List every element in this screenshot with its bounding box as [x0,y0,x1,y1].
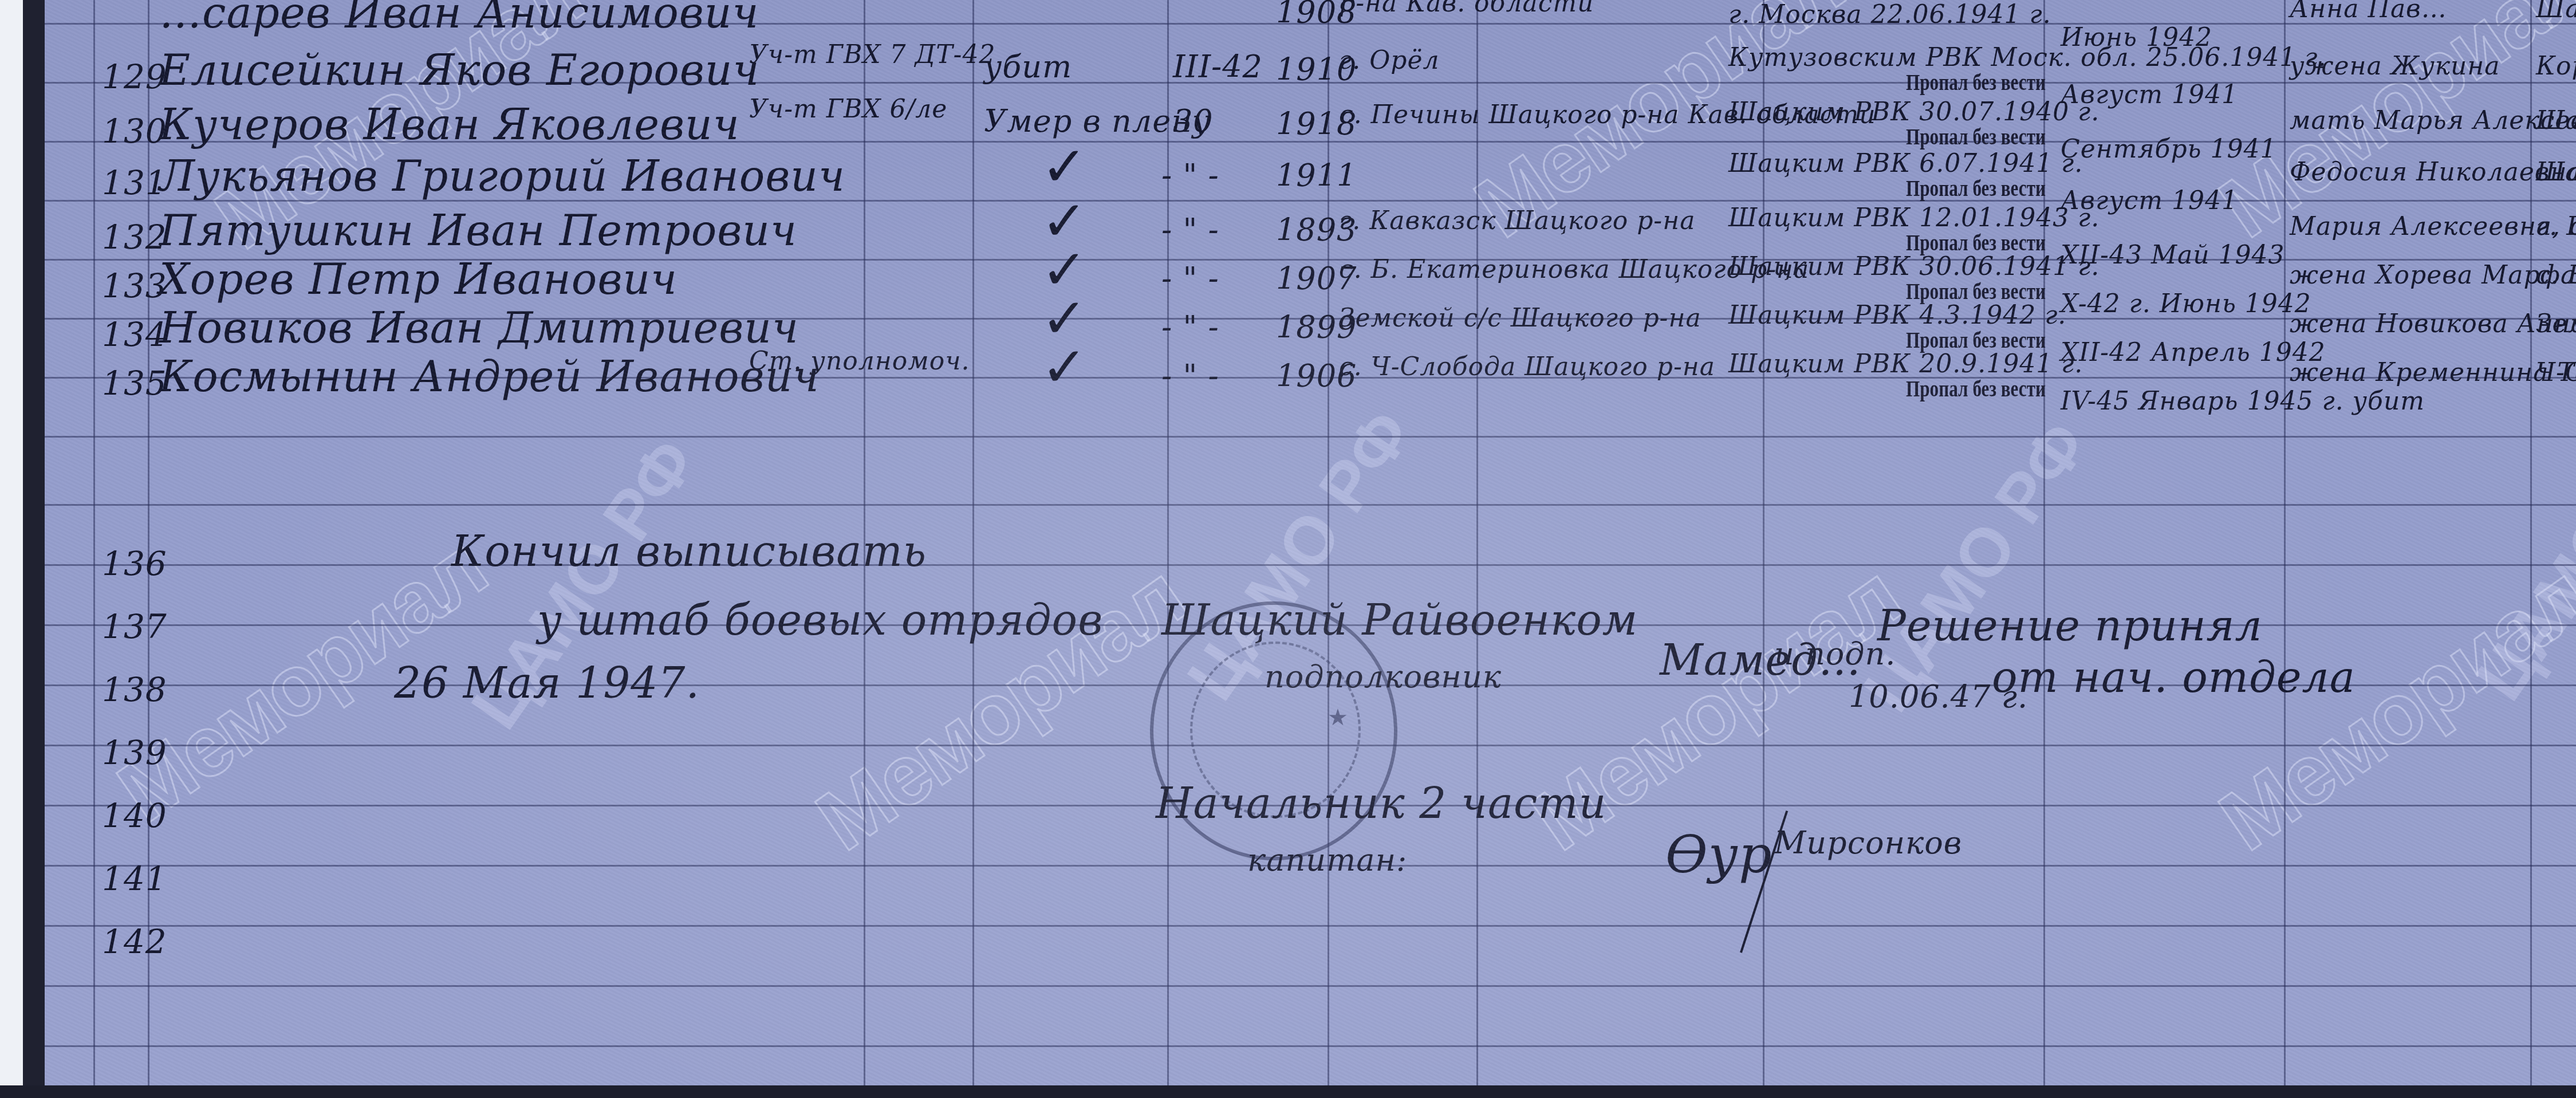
birth-year: 1911 [1276,158,1357,194]
checkmark-icon: ✓ [1041,335,1088,399]
row-number: 141 [102,859,167,898]
enlistment-info: Шацким РВК 4.3.1942 г. [1728,301,2066,330]
column-rule [93,0,95,1085]
row-number: 134 [102,315,167,354]
row-number: 135 [102,364,167,403]
relative-address: Шацкого [2536,158,2576,187]
enlistment-info: Шацким РВК 6.07.1941 г. [1728,149,2083,178]
rank-unit: Ст. уполномоч. [749,347,970,376]
rank-chief: Начальник 2 части [1156,779,1606,828]
birthplace: г. Кавказск Шацкого р-на [1339,206,1695,235]
row-number: 129 [102,57,167,96]
birthplace: с. Ч-Слобода Шацкого р-на [1339,352,1715,381]
soldier-name: Елисейкин Яков Егорович [159,46,760,95]
relative-address: Шацкого… [2536,0,2576,23]
closing-note: Кончил выписывать [451,527,927,576]
relative-info: жена Хорева Марфа Федоровна [2290,261,2576,290]
soldier-name: Новиков Иван Дмитриевич [159,304,799,353]
soldier-name: Космынин Андрей Иванович [159,352,820,402]
ditto-mark: - " - [1161,158,1219,194]
row-number: 132 [102,218,167,257]
column-rule [2284,0,2286,1085]
status-typed: Пропал без вести [1906,375,2046,402]
column-rule [1476,0,1478,1085]
status-typed: Пропал без вести [1906,123,2046,150]
status-date: XII-42 Апрель 1942 [2061,338,2326,367]
row-number: 138 [102,670,167,709]
decision-signed: и подп. [1774,636,1896,672]
ruled-line [45,925,2576,927]
camo-watermark: ЦАМО РФ [2460,396,2576,714]
row-number: 136 [102,544,167,583]
relative-address: г. Шацк, Красная [2536,212,2576,241]
status-date: IV-45 Январь 1945 г. убит [2061,387,2425,416]
photo-bottom-edge [0,1085,2576,1098]
rank-unit: Уч-т ГВХ 6/ле [749,95,947,124]
date-line: 26 Мая 1947. [394,659,700,708]
ruled-line [45,564,2576,566]
relative-address: Шацкого, Печины [2536,106,2576,135]
status-date: Сентябрь 1941 [2061,135,2276,164]
enlistment-info: Шацким РВК 30.07.1940 г. [1728,97,2100,127]
row-number: 137 [102,607,167,646]
decision-date: 10.06.47 г. [1849,679,2028,715]
row-number: 130 [102,112,167,151]
relative-address: с. Екатер… Шацкого [2536,261,2576,290]
ruled-line [45,1045,2576,1047]
ledger-page: Мемориал Мемориал Мемориал Мемориал Мемо… [45,0,2576,1085]
row-number: 131 [102,163,167,202]
photo-shadow-edge [23,0,46,1098]
memorial-watermark: Мемориал [2202,546,2576,870]
relative-info: Анна Пав… [2290,0,2447,23]
row-number: 139 [102,733,167,772]
decision-label: Решение принял [1877,601,2263,651]
ditto-mark: - " - [1161,212,1219,248]
relative-info: жена Новикова Анна Федоровна [2290,309,2576,339]
soldier-name: Хорев Петр Иванович [159,255,678,304]
relative-info: ужена Жукина [2290,52,2500,81]
enlistment-info: Шацким РВК 20.9.1941 г. [1728,349,2083,379]
ruled-line [45,436,2576,438]
ditto-mark: - " - [1161,261,1219,297]
rank-captain: капитан: [1247,842,1407,878]
birthplace: г. Орёл [1339,46,1440,75]
ditto-mark: - " - [1161,358,1219,394]
enlistment-info: Кутузовским РВК Моск. обл. 25.06.1941 г. [1728,43,2327,72]
ruled-line [45,504,2576,506]
relative-info: мать Марья Алексеевна, отец Кучеров [2290,106,2576,135]
column-rule [972,0,974,1085]
enlistment-info: Шацким РВК 12.01.1943 г. [1728,203,2100,233]
row-number: 133 [102,266,167,305]
loss-date: 30 [1173,103,1214,139]
seal-star-icon: ★ [1328,705,1348,731]
birthplace: Земской с/с Шацкого р-на [1339,304,1701,333]
ditto-mark: - " - [1161,309,1219,345]
memorial-watermark: Мемориал [799,546,1202,870]
signature-name: Мирсонков [1774,825,1962,861]
enlistment-info: г. Москва 22.06.1941 г. [1728,0,2051,29]
relative-info: Федосия Николаевна Гурова [2290,158,2576,187]
committee-line: у штаб боевых отрядов [537,596,1103,645]
rank-unit: Уч-т ГВХ 7 ДТ-42 [749,40,995,69]
status-typed: Пропал без вести [1906,175,2046,202]
relative-info: Мария Алексеевна, сын Пятушкин Мих. Иван… [2290,212,2576,241]
status-date: X-42 г. Июнь 1942 [2061,289,2311,318]
relative-address: Земской Шацкого [2536,309,2576,339]
soldier-name: Лукьянов Григорий Иванович [159,152,845,201]
relative-address: Кормил… [2536,52,2576,81]
ruled-line [45,985,2576,987]
soldier-name: Кучеров Иван Яковлевич [159,100,740,149]
rank-line: подполковник [1265,659,1502,695]
soldier-name: Пятушкин Иван Петрович [159,206,797,255]
loss-date: III-42 [1173,49,1263,85]
row-number: 142 [102,922,167,961]
signature-initial: Ѳур [1665,825,1773,885]
decision-note: от нач. отдела [1992,653,2356,702]
relative-info: жена Кременнина Татьяна Ивановна [2290,358,2576,387]
status-typed: Пропал без вести [1906,69,2046,96]
rvk-line: Шацкий Райвоенком [1161,596,1638,645]
enlistment-info: Шацким РВК 30.06.1941 г. [1728,252,2100,281]
relative-address: Ч-Слобода Шацкого [2536,358,2576,387]
ruled-line [45,745,2576,746]
row-number: 140 [102,796,167,835]
birthplace: р-на Кав. области [1339,0,1594,18]
loss-cause: убит [984,49,1072,85]
soldier-name: …сарёв Иван Анисимович [159,0,759,38]
